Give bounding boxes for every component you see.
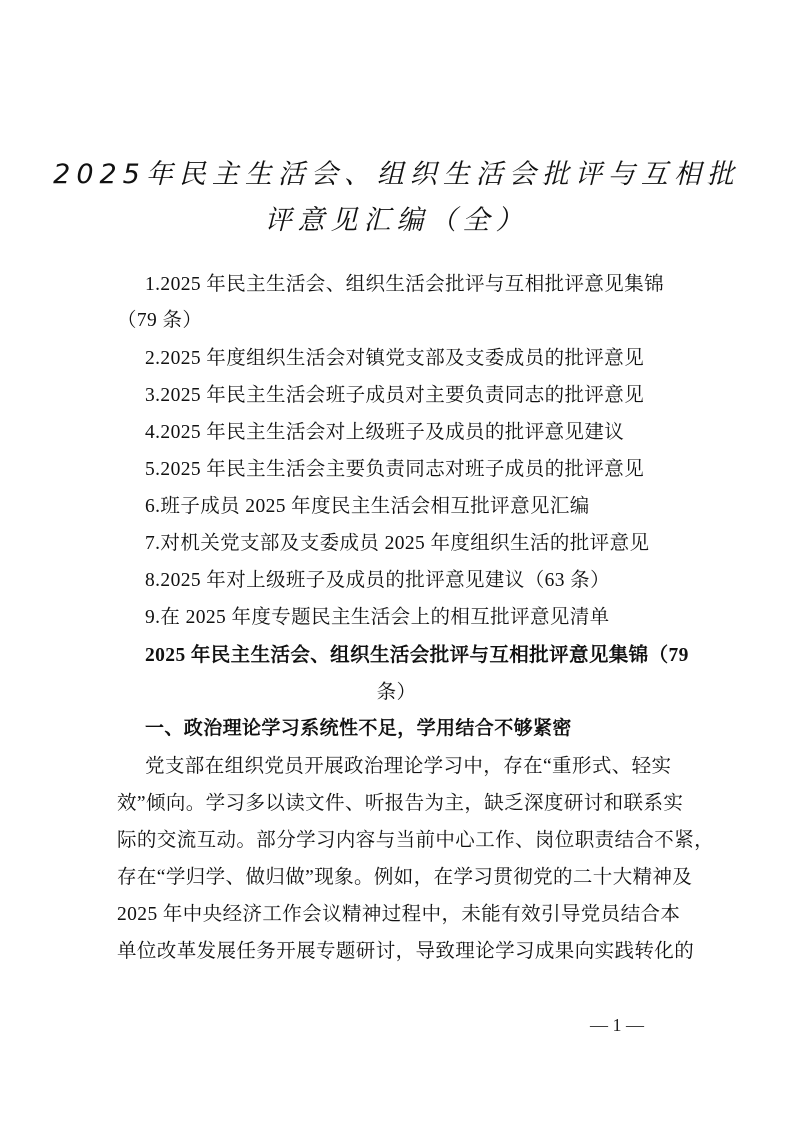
toc-item-1: 1.2025 年民主生活会、组织生活会批评与互相批评意见集锦 (145, 268, 664, 296)
document-title-line-2: 评意见汇编（全） (0, 198, 793, 237)
toc-item-8: 8.2025 年对上级班子及成员的批评意见建议（63 条） (145, 564, 610, 592)
toc-item-6: 6.班子成员 2025 年度民主生活会相互批评意见汇编 (145, 490, 590, 518)
paragraph-line-6: 单位改革发展任务开展专题研讨，导致理论学习成果向实践转化的 (117, 935, 694, 963)
paragraph-line-3: 际的交流互动。部分学习内容与当前中心工作、岗位职责结合不紧， (117, 824, 714, 852)
page-number: — 1 — (590, 1015, 644, 1036)
toc-item-5: 5.2025 年民主生活会主要负责同志对班子成员的批评意见 (145, 453, 644, 481)
paragraph-line-4: 存在“学归学、做归做”现象。例如，在学习贯彻党的二十大精神及 (117, 861, 692, 889)
toc-item-2: 2.2025 年度组织生活会对镇党支部及支委成员的批评意见 (145, 342, 644, 370)
toc-item-7: 7.对机关党支部及支委成员 2025 年度组织生活的批评意见 (145, 527, 649, 555)
paragraph-line-1: 党支部在组织党员开展政治理论学习中，存在“重形式、轻实 (145, 750, 671, 778)
toc-item-3: 3.2025 年民主生活会班子成员对主要负责同志的批评意见 (145, 379, 644, 407)
toc-item-4: 4.2025 年民主生活会对上级班子及成员的批评意见建议 (145, 416, 624, 444)
toc-item-9: 9.在 2025 年度专题民主生活会上的相互批评意见清单 (145, 601, 610, 629)
document-title-line-1: 2025年民主生活会、组织生活会批评与互相批 (0, 152, 793, 191)
document-page: 2025年民主生活会、组织生活会批评与互相批 评意见汇编（全） 1.2025 年… (0, 0, 793, 1122)
paragraph-line-5: 2025 年中央经济工作会议精神过程中，未能有效引导党员结合本 (117, 898, 680, 926)
subheading: 一、政治理论学习系统性不足，学用结合不够紧密 (145, 713, 572, 740)
section-title-line-1: 2025 年民主生活会、组织生活会批评与互相批评意见集锦（79 (145, 639, 689, 667)
paragraph-line-2: 效”倾向。学习多以读文件、听报告为主，缺乏深度研讨和联系实 (117, 787, 683, 815)
toc-item-1-continued: （79 条） (117, 304, 202, 332)
section-title-line-2: 条） (0, 676, 793, 704)
